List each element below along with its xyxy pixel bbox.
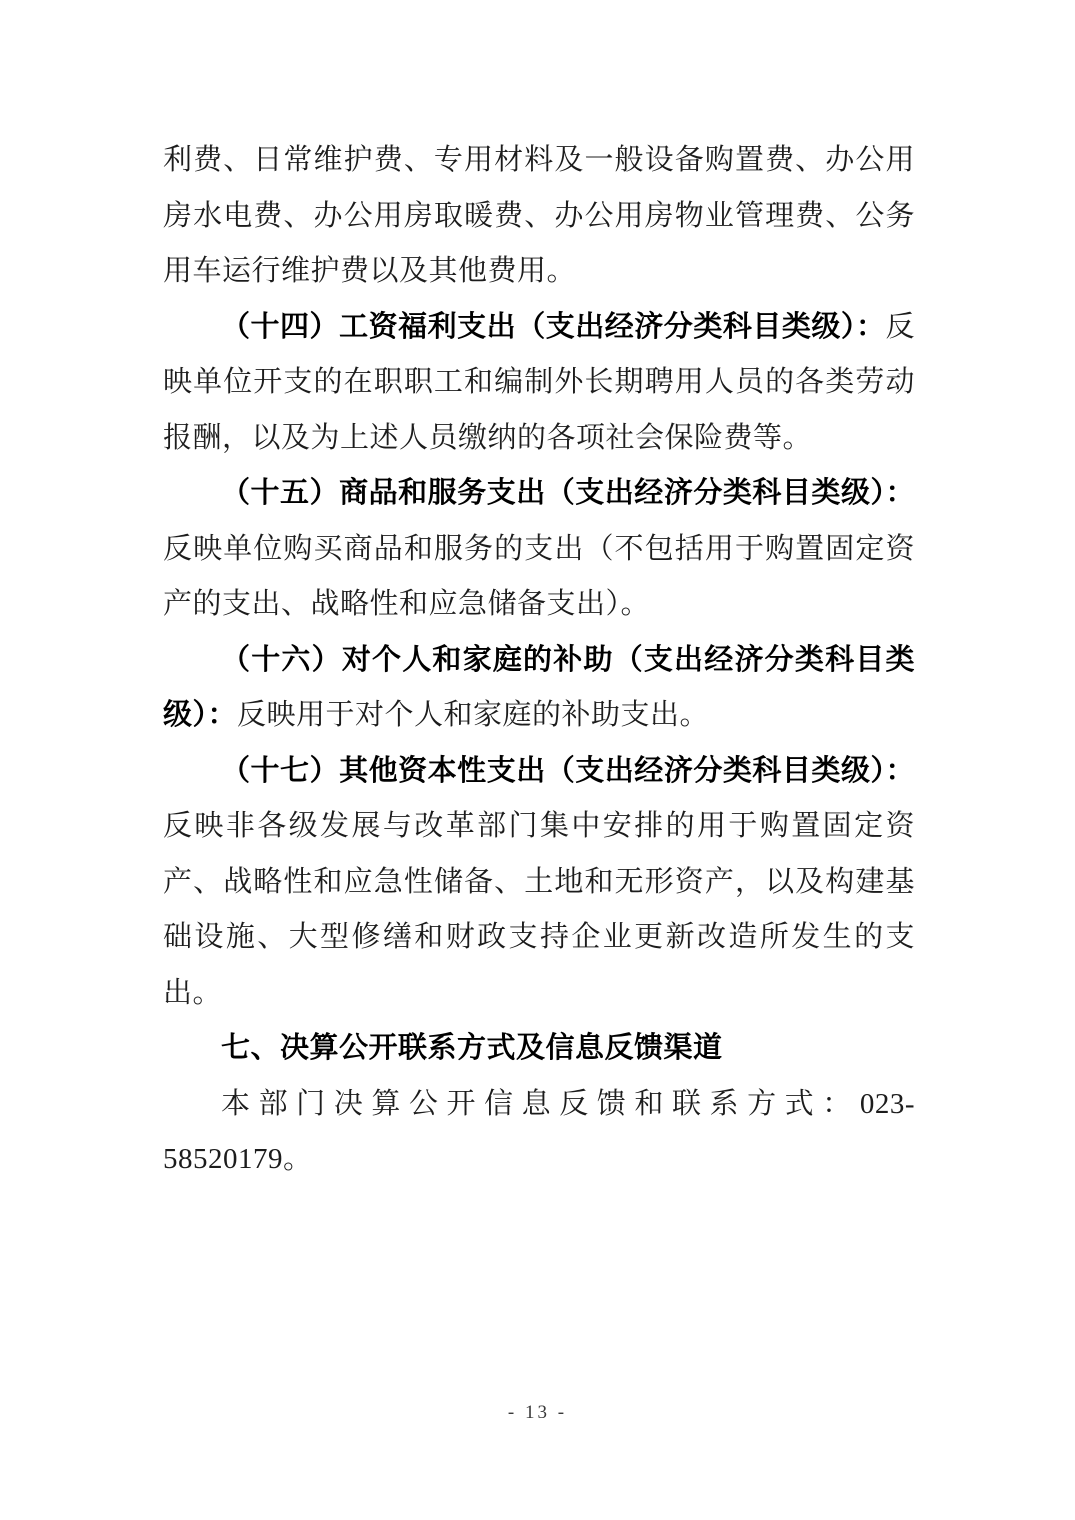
paragraph: （十五）商品和服务支出（支出经济分类科目类级）：反映单位购买商品和服务的支出（不…	[163, 466, 915, 633]
paragraph: （十七）其他资本性支出（支出经济分类科目类级）：反映非各级发展与改革部门集中安排…	[163, 744, 915, 1022]
document-body: 利费、日常维护费、专用材料及一般设备购置费、办公用房水电费、办公用房取暖费、办公…	[163, 133, 915, 1188]
page-footer: - 13 -	[0, 1402, 1075, 1424]
document-page: 利费、日常维护费、专用材料及一般设备购置费、办公用房水电费、办公用房取暖费、办公…	[0, 0, 1075, 1520]
bold-text-segment: （十四）工资福利支出（支出经济分类科目类级）：	[221, 311, 885, 343]
bold-text-segment: （十七）其他资本性支出（支出经济分类科目类级）：	[221, 755, 915, 787]
paragraph: （十四）工资福利支出（支出经济分类科目类级）：反映单位开支的在职职工和编制外长期…	[163, 300, 915, 467]
bold-text-segment: 七、决算公开联系方式及信息反馈渠道	[221, 1032, 723, 1064]
paragraph: 本部门决算公开信息反馈和联系方式：023-58520179。	[163, 1077, 915, 1188]
paragraph: 利费、日常维护费、专用材料及一般设备购置费、办公用房水电费、办公用房取暖费、办公…	[163, 133, 915, 300]
section-heading: 七、决算公开联系方式及信息反馈渠道	[163, 1021, 915, 1077]
page-number: - 13 -	[508, 1402, 567, 1423]
text-segment: 反映单位购买商品和服务的支出（不包括用于购置固定资产的支出、战略性和应急储备支出…	[163, 533, 915, 621]
bold-text-segment: （十五）商品和服务支出（支出经济分类科目类级）：	[221, 477, 915, 509]
text-segment: 利费、日常维护费、专用材料及一般设备购置费、办公用房水电费、办公用房取暖费、办公…	[163, 144, 915, 287]
paragraph: （十六）对个人和家庭的补助（支出经济分类科目类级）：反映用于对个人和家庭的补助支…	[163, 633, 915, 744]
text-segment: 反映非各级发展与改革部门集中安排的用于购置固定资产、战略性和应急性储备、土地和无…	[163, 810, 915, 1009]
text-segment: 本部门决算公开信息反馈和联系方式：023-58520179。	[163, 1088, 915, 1176]
text-segment: 反映用于对个人和家庭的补助支出。	[237, 699, 709, 731]
